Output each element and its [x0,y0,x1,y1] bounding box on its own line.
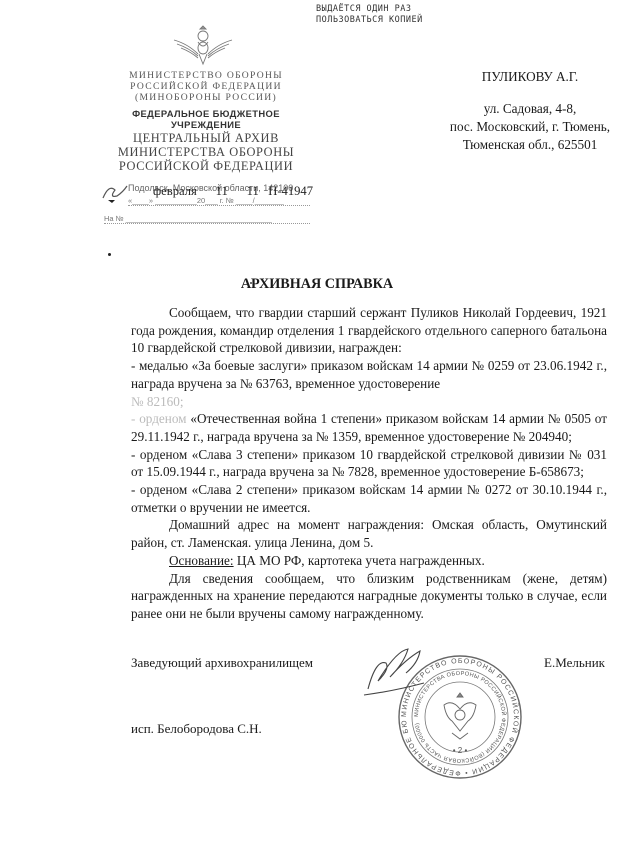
award-item: - медалью «За боевые заслуги» приказом в… [131,357,607,410]
institution-type: ФЕДЕРАЛЬНОЕ БЮДЖЕТНОЕ УЧРЕЖДЕНИЕ [108,108,304,130]
handwritten-signature-icon [362,645,442,697]
institution-name: ЦЕНТРАЛЬНЫЙ АРХИВ МИНИСТЕРСТВА ОБОРОНЫ Р… [108,131,304,173]
award-item: - орденом «Слава 3 степени» приказом 10 … [131,446,607,481]
document-body: Сообщаем, что гвардии старший сержант Пу… [131,304,607,623]
ministry-line-3: (МИНОБОРОНЫ РОССИИ) [108,92,304,103]
ministry-line-1: МИНИСТЕРСТВО ОБОРОНЫ [108,70,304,81]
basis-paragraph: Основание: ЦА МО РФ, картотека учета наг… [131,552,607,570]
home-address-paragraph: Домашний адрес на момент награждения: Ом… [131,516,607,551]
signer-name: Е.Мельник [544,655,605,671]
institution-name-line-1: ЦЕНТРАЛЬНЫЙ АРХИВ [108,131,304,145]
ministry-emblem-icon [172,22,234,72]
award-text: - медалью «За боевые заслуги» приказом в… [131,358,607,391]
award-text-faint: - орденом [131,411,187,426]
address-line-3: Тюменская обл., 625501 [430,136,630,154]
addressee-name: ПУЛИКОВУ А.Г. [430,68,630,86]
intro-paragraph: Сообщаем, что гвардии старший сержант Пу… [131,304,607,357]
reference-form-line: На № ___________________________________ [104,214,310,224]
award-item: - орденом «Слава 2 степени» приказом вой… [131,481,607,516]
institution-type-line-1: ФЕДЕРАЛЬНОЕ БЮДЖЕТНОЕ [108,108,304,119]
institution-name-line-3: РОССИЙСКОЙ ФЕДЕРАЦИИ [108,159,304,173]
basis-label: Основание: [169,553,234,568]
ministry-line-2: РОССИЙСКОЙ ФЕДЕРАЦИИ [108,81,304,92]
copy-notice-line-2: ПОЛЬЗОВАТЬСЯ КОПИЕЙ [316,15,423,26]
addressee-block: ПУЛИКОВУ А.Г. ул. Садовая, 4-8, пос. Мос… [430,68,630,154]
address-line-1: ул. Садовая, 4-8, [430,100,630,118]
address-line-2: пос. Московский, г. Тюмень, [430,118,630,136]
institution-type-line-2: УЧРЕЖДЕНИЕ [108,119,304,130]
basis-text: ЦА МО РФ, картотека учета награжденных. [234,553,485,568]
award-text: «Отечественная война 1 степени» приказом… [131,411,607,444]
initials-scribble-icon [100,182,130,204]
scan-speck [108,253,111,256]
institution-name-line-2: МИНИСТЕРСТВА ОБОРОНЫ [108,145,304,159]
copy-notice-line-1: ВЫДАЁТСЯ ОДИН РАЗ [316,4,423,15]
award-item: - орденом «Отечественная война 1 степени… [131,410,607,445]
document-title: АРХИВНАЯ СПРАВКА [0,276,634,293]
date-form-line: «____» __________20___ г. № ____/_______ [128,196,310,206]
notice-paragraph: Для сведения сообщаем, что близким родст… [131,570,607,623]
seal-number: • 2 • [453,746,468,755]
ministry-name: МИНИСТЕРСТВО ОБОРОНЫ РОССИЙСКОЙ ФЕДЕРАЦИ… [108,70,304,103]
executor-name: исп. Белобородова С.Н. [131,721,262,737]
single-issue-notice: ВЫДАЁТСЯ ОДИН РАЗ ПОЛЬЗОВАТЬСЯ КОПИЕЙ [316,4,423,26]
award-text-faint: № 82160; [131,394,184,409]
signer-position: Заведующий архивохранилищем [131,655,313,671]
